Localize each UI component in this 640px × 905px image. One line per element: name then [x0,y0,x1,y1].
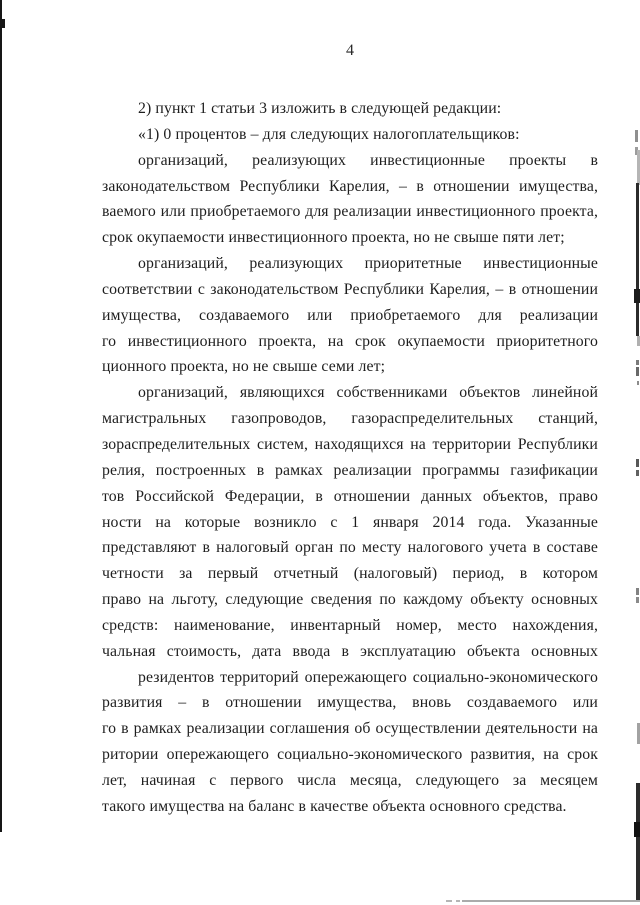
text-line: ваемого или приобретаемого для реализаци… [102,199,598,225]
scan-artifact-right-mark [636,597,639,603]
text-line: организаций, реализующих приоритетные ин… [102,251,598,277]
text-line: средств: наименование, инвентарный номер… [102,613,598,639]
scan-artifact-bottom-dash [456,900,460,902]
text-line: соответствии с законодательством Республ… [102,277,598,303]
text-line: ритории опережающего социально-экономиче… [102,742,598,768]
scan-artifact-right-dash [635,130,638,142]
scan-artifact-left-notch [0,19,5,28]
text-line: законодательством Республики Карелия, – … [102,174,598,200]
scan-artifact-right-mark [636,588,639,595]
text-line: «1) 0 процентов – для следующих налогопл… [102,122,598,148]
scan-artifact-right-dark-line [636,783,640,902]
text-line: зораспределительных систем, находящихся … [102,432,598,458]
text-line: релия, построенных в рамках реализации п… [102,458,598,484]
text-line: четности за первый отчетный (налоговый) … [102,561,598,587]
text-line: го в рамках реализации соглашения об осу… [102,716,598,742]
text-line: чальная стоимость, дата ввода в эксплуат… [102,639,598,665]
text-line: право на льготу, следующие сведения по к… [102,587,598,613]
text-line: го инвестиционного проекта, на срок окуп… [102,329,598,355]
scan-artifact-right-dash [636,459,639,467]
body-text: 2) пункт 1 статьи 3 изложить в следующей… [102,96,598,820]
text-line: такого имущества на баланс в качестве об… [102,794,598,820]
text-line: развития – в отношении имущества, вновь … [102,690,598,716]
scan-artifact-right-mark [636,360,639,365]
scan-artifact-right-dash [636,470,639,476]
text-line: срок окупаемости инвестиционного проекта… [102,225,598,251]
scan-artifact-right-notch [634,822,640,837]
text-line: организаций, реализующих инвестиционные … [102,148,598,174]
text-line: 2) пункт 1 статьи 3 изложить в следующей… [102,96,598,122]
text-line: организаций, являющихся собственниками о… [102,380,598,406]
scan-artifact-right-mark [636,367,639,376]
text-line: магистральных газопроводов, газораспреде… [102,406,598,432]
text-line: ционного проекта, но не свыше семи лет; [102,354,598,380]
document-page: 4 2) пункт 1 статьи 3 изложить в следующ… [0,0,640,905]
scan-artifact-bottom-line [462,900,640,902]
scan-artifact-right-mark [637,381,639,385]
scan-artifact-right-dark-line [636,183,639,336]
scan-artifact-bottom-dash [446,900,452,902]
text-line: имущества, создаваемого или приобретаемо… [102,303,598,329]
scan-artifact-right-notch [634,289,640,303]
text-line: резидентов территорий опережающего социа… [102,665,598,691]
scan-artifact-left-edge [0,0,2,832]
text-line: представляют в налоговый орган по месту … [102,535,598,561]
text-line: ности на которые возникло с 1 января 201… [102,510,598,536]
text-line: лет, начиная с первого числа месяца, сле… [102,768,598,794]
page-number: 4 [102,42,598,60]
text-line: тов Российской Федерации, в отношении да… [102,484,598,510]
